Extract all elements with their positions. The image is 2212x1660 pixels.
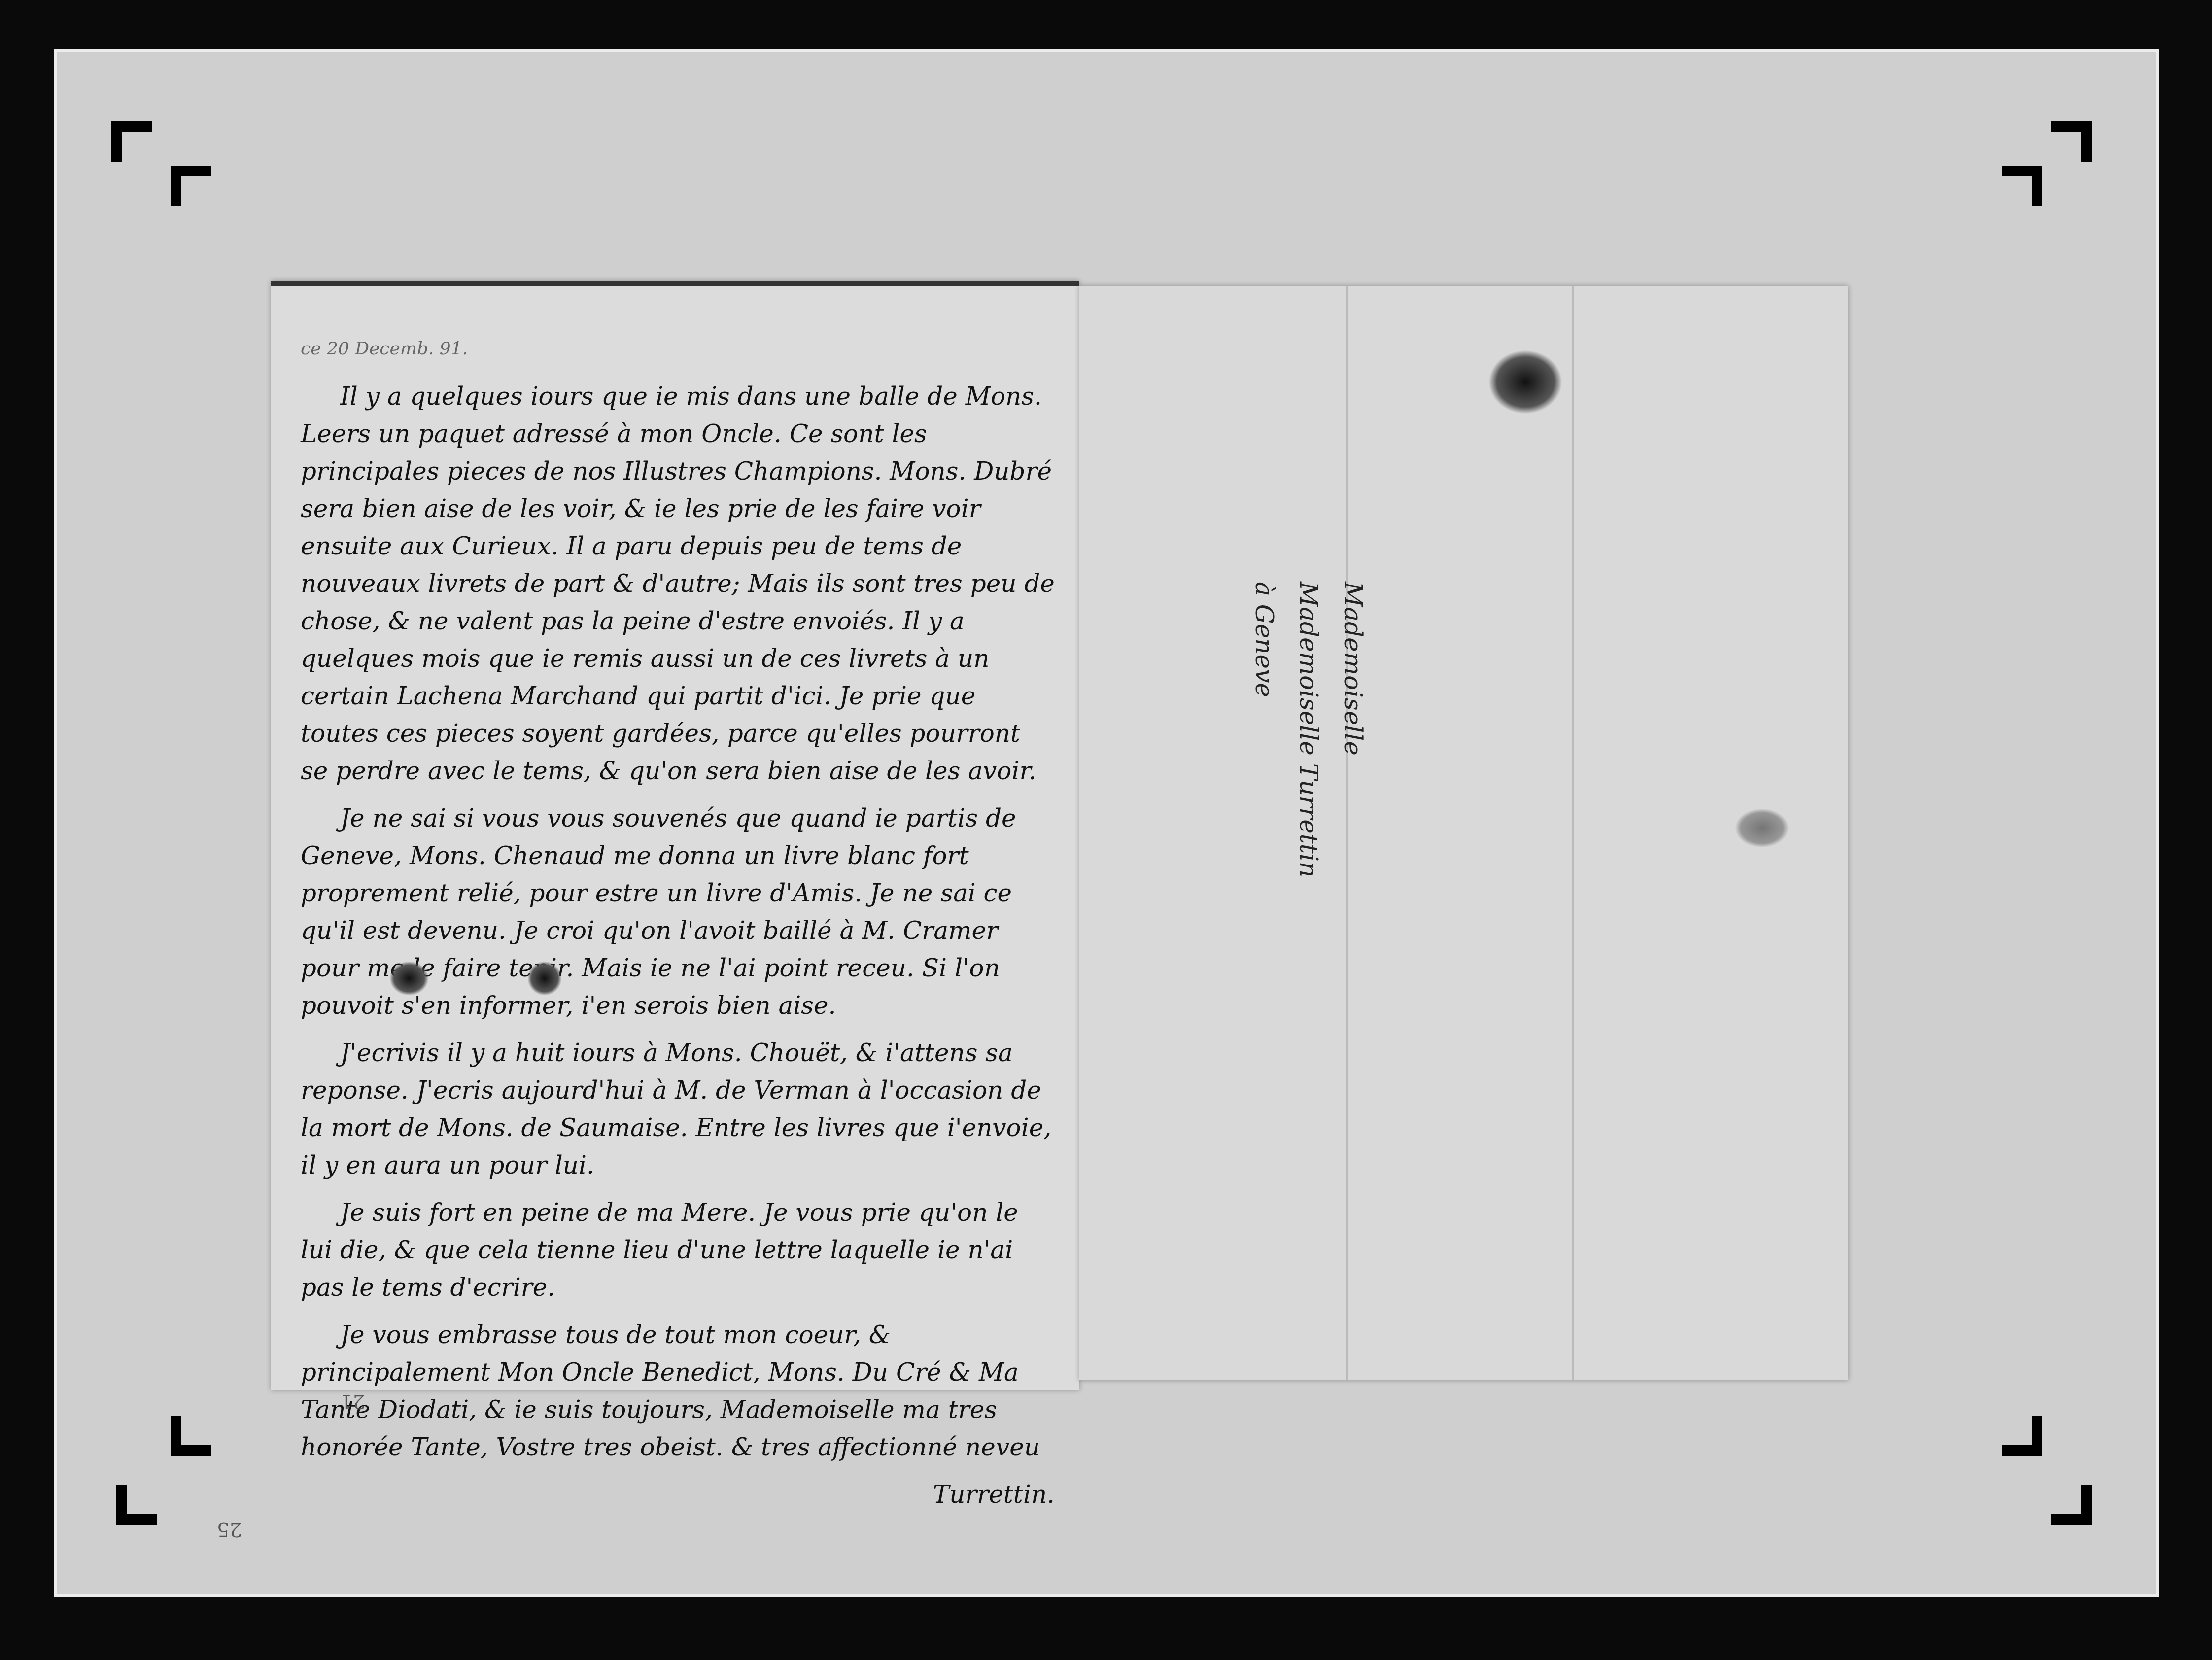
address-line: Mademoiselle bbox=[1331, 582, 1375, 877]
margin-number: 21 bbox=[340, 1390, 365, 1413]
wax-seal-mark bbox=[1488, 350, 1562, 414]
paragraph: J'ecrivis il y a huit iours à Mons. Chou… bbox=[301, 1034, 1055, 1184]
registration-mark bbox=[2002, 166, 2042, 206]
ink-blot bbox=[1735, 808, 1789, 848]
paragraph: Je vous embrasse tous de tout mon coeur,… bbox=[301, 1316, 1055, 1466]
ink-blot bbox=[389, 961, 429, 996]
paragraph: Il y a quelques iours que ie mis dans un… bbox=[301, 378, 1055, 790]
registration-mark bbox=[2002, 1416, 2042, 1456]
address-line: à Geneve bbox=[1242, 582, 1286, 877]
fold-line bbox=[1572, 286, 1574, 1380]
address-line: Mademoiselle Turrettin bbox=[1286, 582, 1331, 877]
letter-page: ce 20 Decemb. 91. Il y a quelques iours … bbox=[271, 281, 1079, 1390]
registration-mark bbox=[111, 121, 152, 162]
letter-body: ce 20 Decemb. 91. Il y a quelques iours … bbox=[301, 330, 1055, 1513]
address-block: Mademoiselle Mademoiselle Turrettin à Ge… bbox=[1242, 582, 1375, 877]
registration-mark bbox=[2051, 1485, 2092, 1525]
paragraph: Je suis fort en peine de ma Mere. Je vou… bbox=[301, 1194, 1055, 1306]
registration-mark bbox=[171, 1416, 211, 1456]
registration-mark bbox=[116, 1485, 157, 1525]
registration-mark bbox=[171, 166, 211, 206]
ink-blot bbox=[527, 961, 562, 996]
address-page: Mademoiselle Mademoiselle Turrettin à Ge… bbox=[1079, 286, 1848, 1380]
signature: Turrettin. bbox=[301, 1476, 1055, 1513]
registration-mark bbox=[2051, 121, 2092, 162]
dateline: ce 20 Decemb. 91. bbox=[301, 330, 1055, 368]
margin-number: 25 bbox=[217, 1518, 242, 1541]
